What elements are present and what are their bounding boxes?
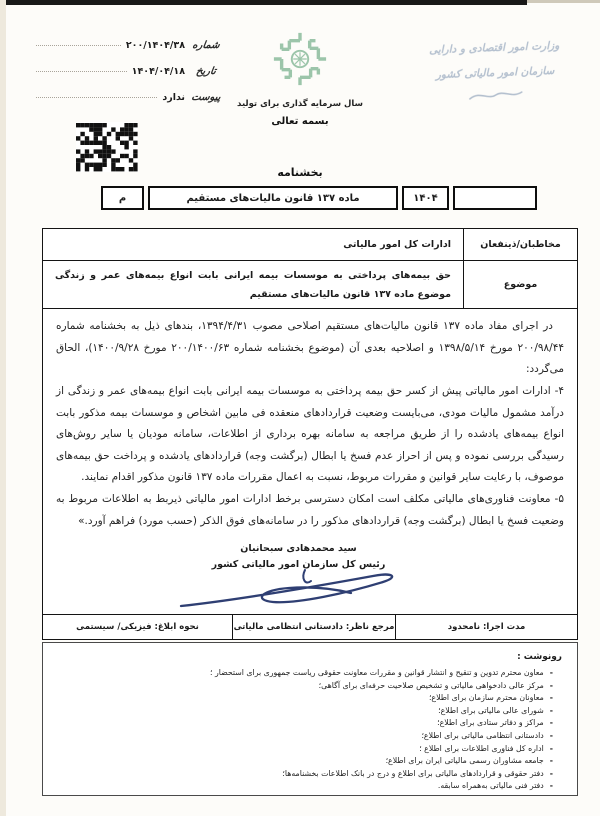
signatory-title: رئیس کل سازمان امور مالیاتی کشور — [181, 557, 416, 573]
scan-edge-artifact — [0, 0, 527, 5]
audience-row: مخاطبان/ذینفعان ادارات کل امور مالیاتی — [43, 229, 577, 261]
signature-block: سید محمدهادی سبحانیان رئیس کل سازمان امو… — [181, 541, 416, 573]
scan-edge-artifact-light — [527, 0, 600, 3]
subject-row: موضوع حق بیمه‌های پرداختی به موسسات بیمه… — [43, 261, 577, 309]
cc-item: دادستانی انتظامی مالیاتی برای اطلاع؛ — [58, 730, 562, 743]
cc-item: مراکز و دفاتر ستادی برای اطلاع؛ — [58, 717, 562, 730]
cc-item: دفتر حقوقی و قراردادهای مالیاتی برای اطل… — [58, 768, 562, 781]
code-cell: م — [101, 186, 144, 210]
cc-item: اداره کل فناوری اطلاعات برای اطلاع ؛ — [58, 743, 562, 756]
cc-item: معاون محترم تدوین و تنقیح و انتشار قوانی… — [58, 667, 562, 680]
center-header: سال سرمایه گذاری برای تولید بسمه تعالی — [0, 30, 600, 127]
subject-label: موضوع — [463, 261, 577, 308]
law-reference-cell: ماده ۱۳۷ قانون مالیات‌های مستقیم — [148, 186, 398, 210]
cc-item: شورای عالی مالیاتی برای اطلاع؛ — [58, 705, 562, 718]
year-slogan: سال سرمایه گذاری برای تولید — [0, 99, 600, 109]
body-cell: در اجرای مفاد ماده ۱۳۷ قانون مالیات‌های … — [43, 309, 577, 614]
body-paragraph: ۴- ادارات امور مالیاتی پیش از کسر حق بیم… — [56, 381, 564, 489]
serial-cell — [453, 186, 537, 210]
cc-label: رونوشت : — [58, 650, 562, 665]
execution-info-row: مدت اجرا: نامحدود مرجع ناظر: دادستانی ان… — [43, 614, 577, 639]
cc-item: معاونان محترم سازمان برای اطلاع؛ — [58, 692, 562, 705]
cc-item: دفتر فنی مالیاتی به‌همراه سابقه. — [58, 780, 562, 793]
tax-administration-logo-icon — [271, 30, 329, 88]
year-cell: ۱۴۰۴ — [402, 186, 449, 210]
cc-item: مرکز عالی دادخواهی مالیاتی و تشخیص صلاحی… — [58, 680, 562, 693]
cc-item: جامعه مشاوران رسمی مالیاتی ایران برای اط… — [58, 755, 562, 768]
subject-value: حق بیمه‌های پرداختی به موسسات بیمه ایران… — [43, 261, 463, 308]
audience-label: مخاطبان/ذینفعان — [463, 229, 577, 260]
supervisor-cell: مرجع ناظر: دادستانی انتظامی مالیاتی — [232, 615, 396, 639]
delivery-method-cell: نحوه ابلاغ: فیزیکی/ سیستمی — [43, 615, 232, 639]
body-paragraph: در اجرای مفاد ماده ۱۳۷ قانون مالیات‌های … — [56, 316, 564, 381]
main-table: مخاطبان/ذینفعان ادارات کل امور مالیاتی م… — [42, 228, 578, 640]
qr-code — [76, 122, 138, 172]
circular-header-row: ۱۴۰۴ ماده ۱۳۷ قانون مالیات‌های مستقیم م — [101, 186, 537, 210]
body-paragraph: ۵- معاونت فناوری‌های مالیاتی مکلف است ام… — [56, 489, 564, 532]
signatory-name: سید محمدهادی سبحانیان — [181, 541, 416, 557]
document-page: شماره ۲۰۰/۱۴۰۴/۳۸ تاریخ ۱۴۰۴/۰۴/۱۸ پیوست… — [0, 0, 600, 816]
cc-box: رونوشت : معاون محترم تدوین و تنقیح و انت… — [42, 642, 578, 796]
duration-cell: مدت اجرا: نامحدود — [396, 615, 577, 639]
doc-type-title: بخشنامه — [0, 166, 600, 179]
audience-value: ادارات کل امور مالیاتی — [43, 229, 463, 260]
